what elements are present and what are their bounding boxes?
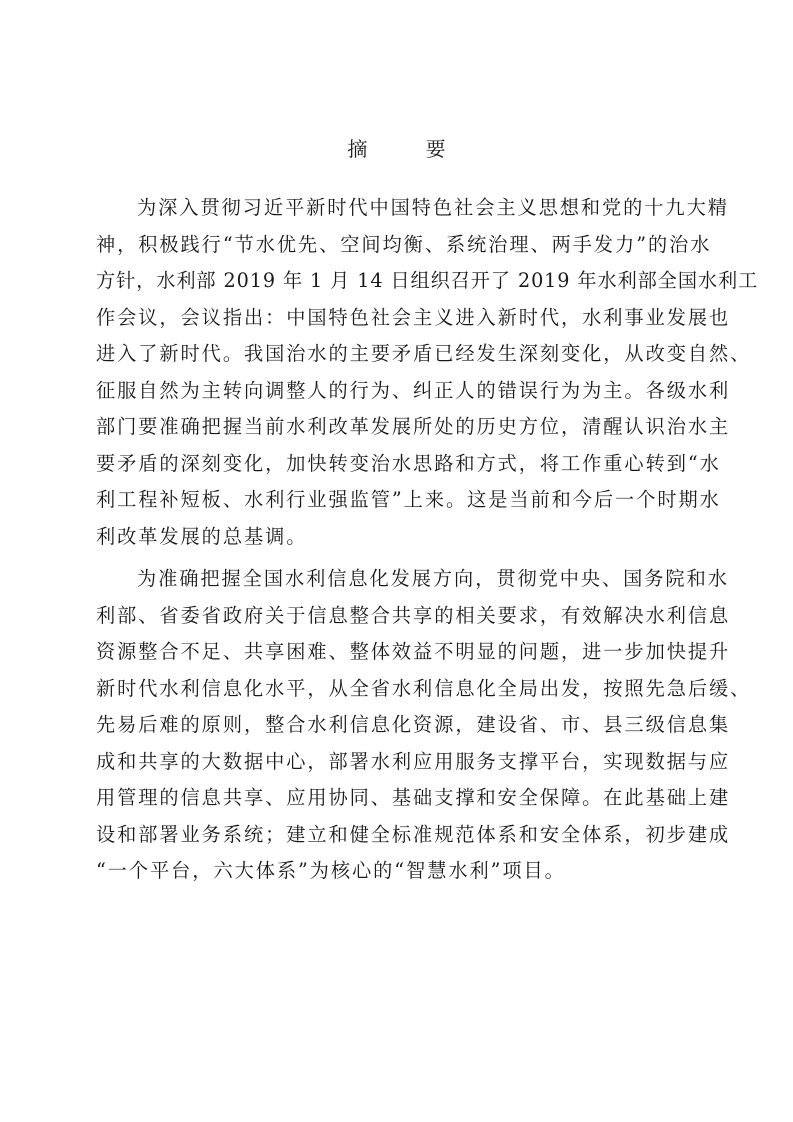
text-line: 部门要准确把握当前水利改革发展所处的历史方位，清醒认识治水主 bbox=[96, 409, 702, 446]
text-line: 神，积极践行“节水优先、空间均衡、系统治理、两手发力”的治水 bbox=[96, 227, 702, 264]
text-line: 资源整合不足、共享困难、整体效益不明显的问题，进一步加快提升 bbox=[96, 634, 702, 671]
text-line: 设和部署业务系统；建立和健全标准规范体系和安全体系，初步建成 bbox=[96, 817, 702, 854]
text-line: 方针，水利部 2019 年 1 月 14 日组织召开了 2019 年水利部全国水… bbox=[96, 263, 702, 300]
text-line: 进入了新时代。我国治水的主要矛盾已经发生深刻变化，从改变自然、 bbox=[96, 336, 702, 373]
abstract-body: 为深入贯彻习近平新时代中国特色社会主义思想和党的十九大精 神，积极践行“节水优先… bbox=[96, 190, 702, 890]
text-line: 新时代水利信息化水平，从全省水利信息化全局出发，按照先急后缓、 bbox=[96, 671, 702, 708]
text-line: 为深入贯彻习近平新时代中国特色社会主义思想和党的十九大精 bbox=[96, 190, 702, 227]
text-line: 利部、省委省政府关于信息整合共享的相关要求，有效解决水利信息 bbox=[96, 598, 702, 635]
text-line: 要矛盾的深刻变化，加快转变治水思路和方式，将工作重心转到“水 bbox=[96, 446, 702, 483]
text-line: 征服自然为主转向调整人的行为、纠正人的错误行为为主。各级水利 bbox=[96, 373, 702, 410]
text-line: “一个平台，六大体系”为核心的“智慧水利”项目。 bbox=[96, 853, 702, 890]
document-page: 摘 要 为深入贯彻习近平新时代中国特色社会主义思想和党的十九大精 神，积极践行“… bbox=[0, 0, 793, 1122]
paragraph-2: 为准确把握全国水利信息化发展方向，贯彻党中央、国务院和水 利部、省委省政府关于信… bbox=[96, 561, 702, 890]
text-line: 作会议，会议指出：中国特色社会主义进入新时代，水利事业发展也 bbox=[96, 300, 702, 337]
abstract-title: 摘 要 bbox=[0, 134, 793, 164]
text-line: 为准确把握全国水利信息化发展方向，贯彻党中央、国务院和水 bbox=[96, 561, 702, 598]
text-line: 利工程补短板、水利行业强监管”上来。这是当前和今后一个时期水 bbox=[96, 482, 702, 519]
paragraph-1: 为深入贯彻习近平新时代中国特色社会主义思想和党的十九大精 神，积极践行“节水优先… bbox=[96, 190, 702, 555]
text-line: 成和共享的大数据中心，部署水利应用服务支撑平台，实现数据与应 bbox=[96, 744, 702, 781]
text-line: 先易后难的原则，整合水利信息化资源，建设省、市、县三级信息集 bbox=[96, 707, 702, 744]
text-line: 用管理的信息共享、应用协同、基础支撑和安全保障。在此基础上建 bbox=[96, 780, 702, 817]
text-line: 利改革发展的总基调。 bbox=[96, 519, 702, 556]
